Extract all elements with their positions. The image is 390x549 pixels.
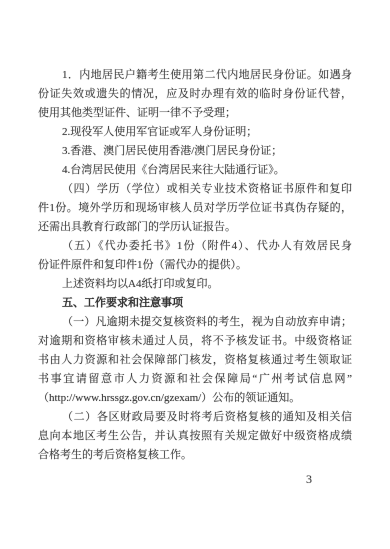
document-text-block: 1．内地居民户籍考生使用第二代内地居民身份证。如遇身 份证失效或遗失的情况，应及… — [38, 66, 352, 465]
text-line: 息向本地区考生公告，并认真按照有关规定做好中级资格成绩 — [38, 427, 352, 446]
text-line: 上述资料均以A4纸打印或复印。 — [38, 275, 352, 294]
text-line: 3.香港、澳门居民使用香港/澳门居民身份证； — [38, 142, 352, 161]
text-line: 书由人力资源和社会保障部门核发，资格复核通过考生领取证 — [38, 351, 352, 370]
text-line: 对逾期和资格审核未通过人员，将不予核发证书。中级资格证 — [38, 332, 352, 351]
text-line: （五）《代办委托书》1份（附件4）、代办人有效居民身 — [38, 237, 352, 256]
text-line: 份证件原件和复印件1份（需代办的提供）。 — [38, 256, 352, 275]
text-line: 使用其他类型证件、证明一律不予受理； — [38, 104, 352, 123]
text-line: （http://www.hrssgz.gov.cn/gzexam/）公布的领证通… — [38, 389, 352, 408]
text-line: 书事宜请留意市人力资源和社会保障局“广州考试信息网” — [38, 370, 352, 389]
text-line: （四）学历（学位）或相关专业技术资格证书原件和复印 — [38, 180, 352, 199]
text-line: 份证失效或遗失的情况，应及时办理有效的临时身份证代替， — [38, 85, 352, 104]
section-heading: 五、工作要求和注意事项 — [38, 294, 352, 313]
text-line: 还需出具教育行政部门的学历认证报告。 — [38, 218, 352, 237]
page-number: 3 — [306, 471, 312, 487]
text-line: 1．内地居民户籍考生使用第二代内地居民身份证。如遇身 — [38, 66, 352, 85]
text-line: 合格考生的考后资格复核工作。 — [38, 446, 352, 465]
text-line: 2.现役军人使用军官证或军人身份证明； — [38, 123, 352, 142]
text-line: 件1份。境外学历和现场审核人员对学历学位证书真伪存疑的， — [38, 199, 352, 218]
document-page: 1．内地居民户籍考生使用第二代内地居民身份证。如遇身 份证失效或遗失的情况，应及… — [0, 0, 390, 549]
text-line: （一）凡逾期未提交复核资料的考生，视为自动放弃申请； — [38, 313, 352, 332]
text-line: 4.台湾居民使用《台湾居民来往大陆通行证》。 — [38, 161, 352, 180]
text-line: （二）各区财政局要及时将考后资格复核的通知及相关信 — [38, 408, 352, 427]
